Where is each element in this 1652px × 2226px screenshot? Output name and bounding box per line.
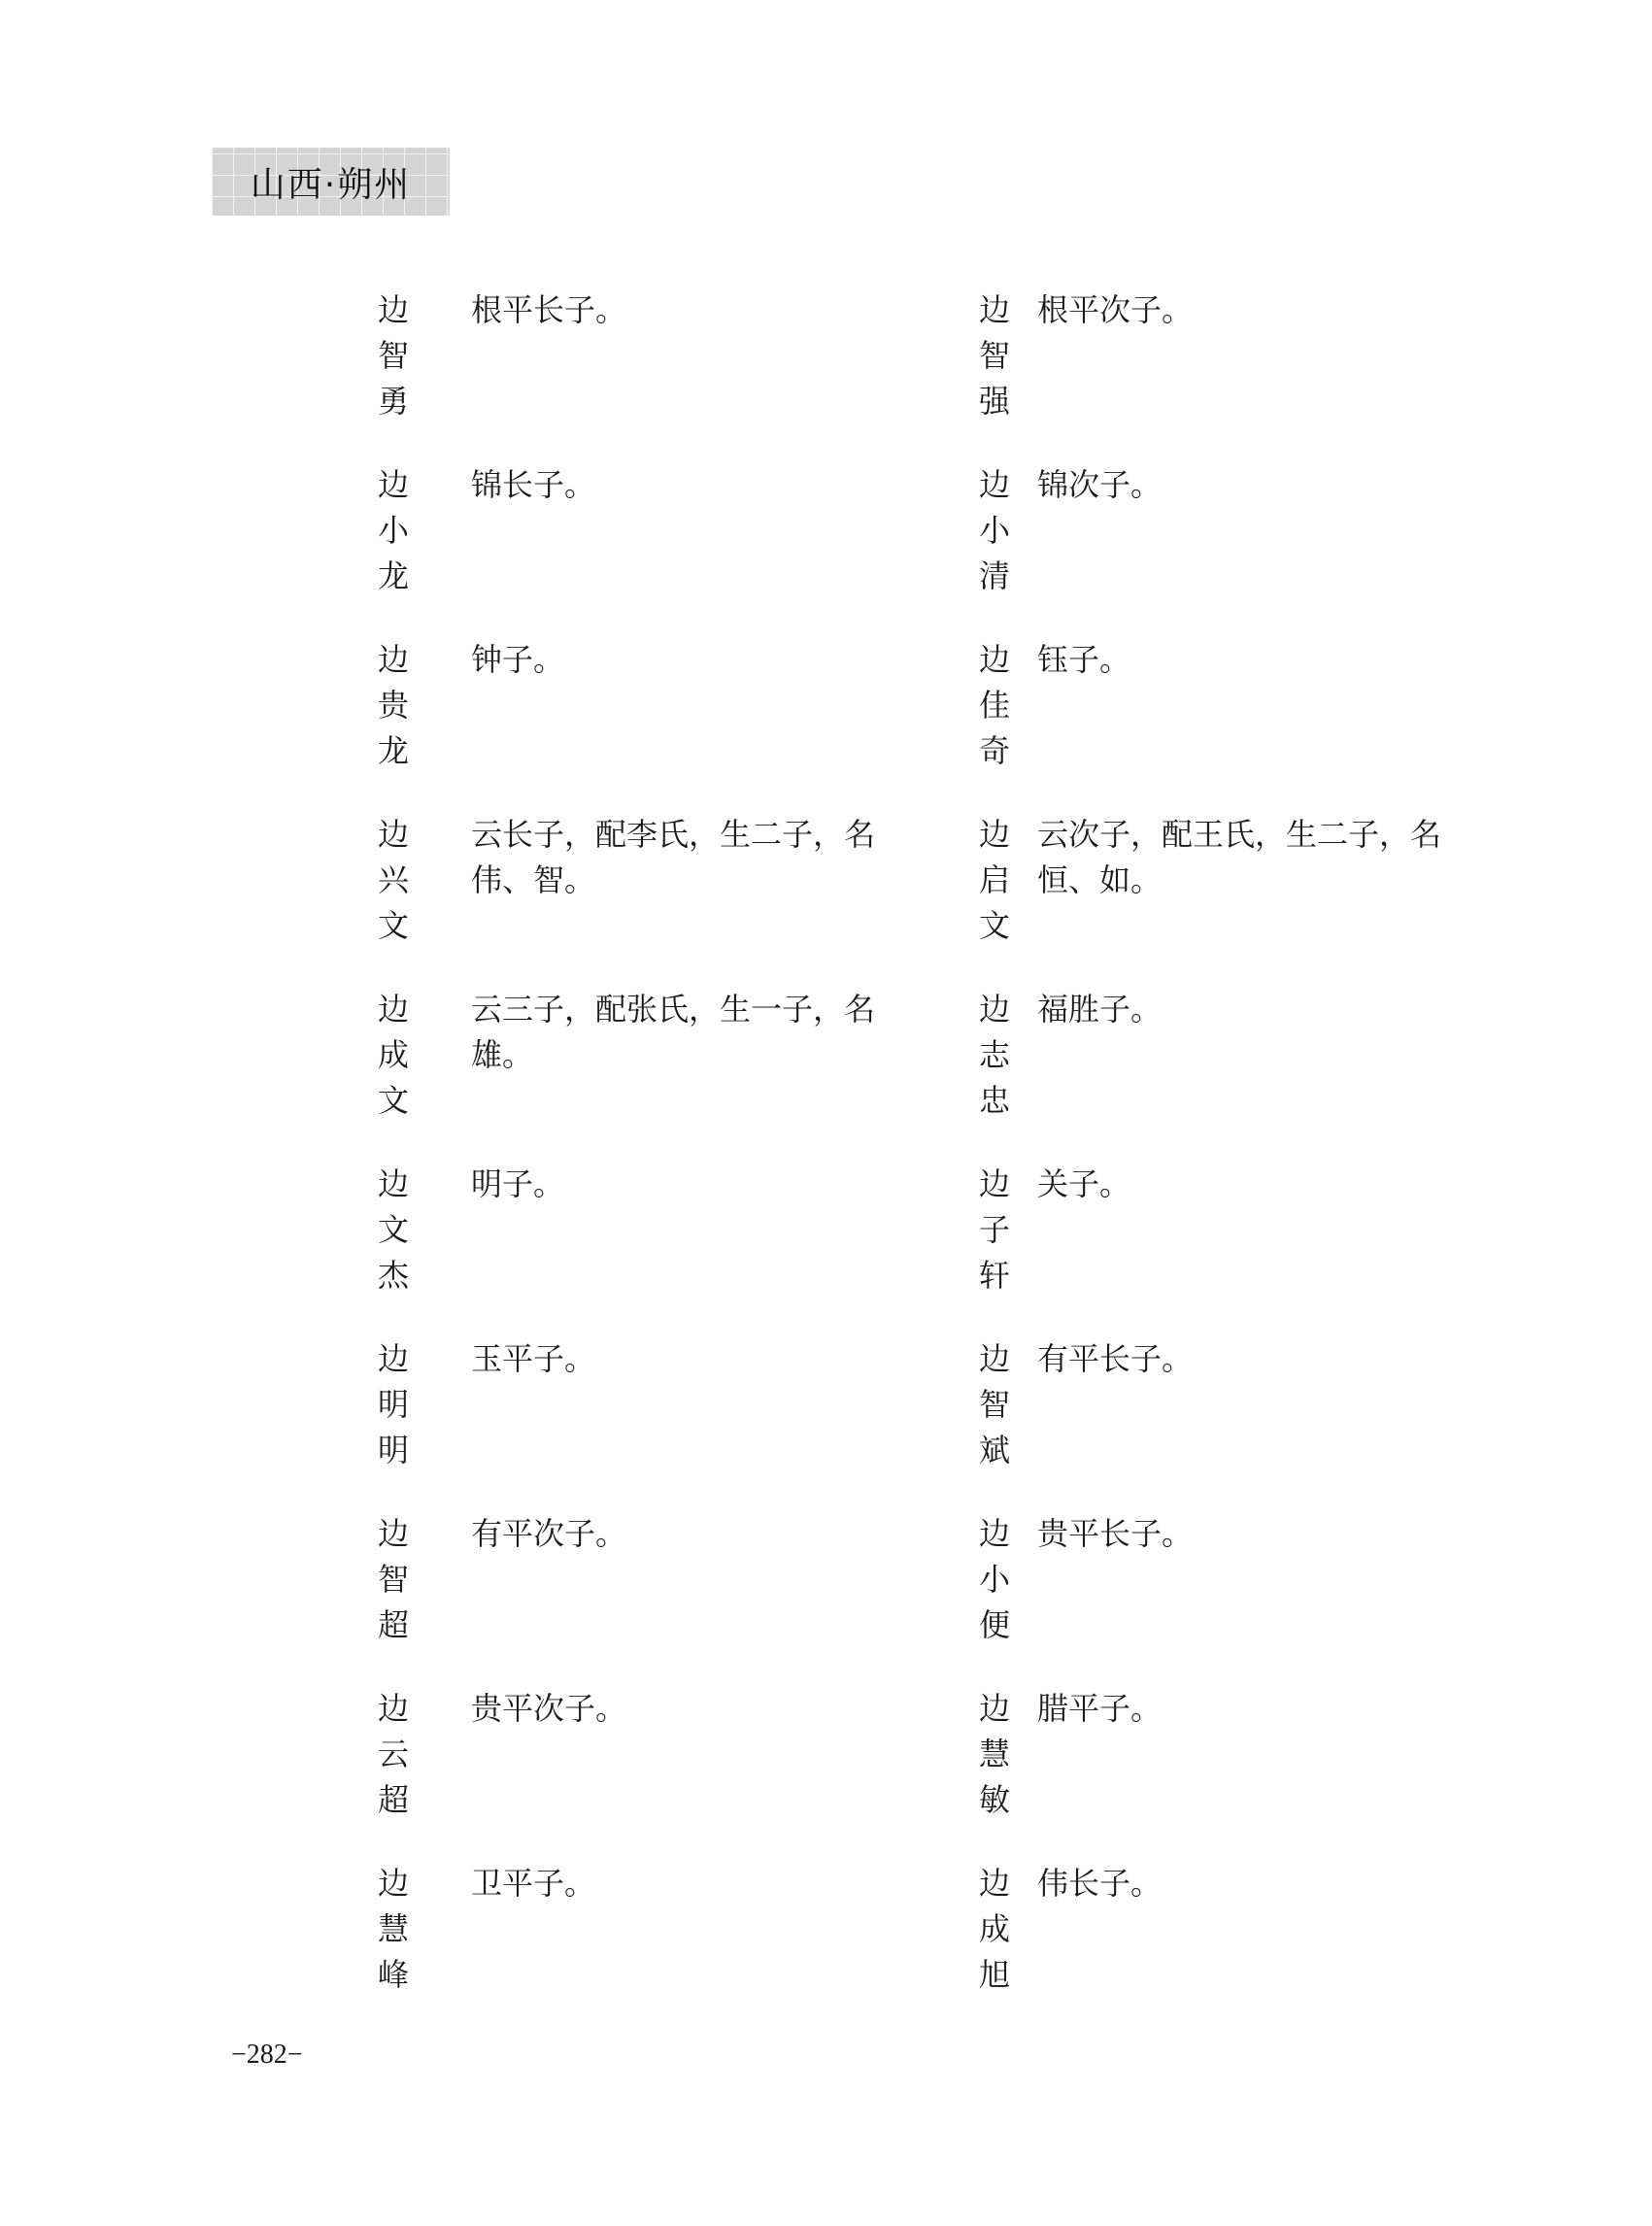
name-character: 边 xyxy=(978,1861,1011,1906)
name-character: 志 xyxy=(978,1032,1011,1078)
person-name: 边云超 xyxy=(377,1686,410,1823)
genealogy-entry: 边贵龙钟子。 xyxy=(377,637,882,793)
description-line: 云三子，配张氏，生一子，名 xyxy=(471,987,875,1032)
description-line: 贵平长子。 xyxy=(1037,1511,1193,1557)
name-character: 旭 xyxy=(978,1952,1011,1998)
name-character: 边 xyxy=(377,812,410,858)
name-character: 边 xyxy=(377,1686,410,1732)
genealogy-entry: 边子轩关子。 xyxy=(978,1162,1483,1317)
name-character: 轩 xyxy=(978,1253,1011,1298)
person-description: 锦长子。 xyxy=(471,462,595,508)
name-character: 慧 xyxy=(377,1906,410,1952)
description-line: 腊平子。 xyxy=(1037,1686,1162,1732)
name-character: 边 xyxy=(377,287,410,333)
person-name: 边文杰 xyxy=(377,1162,410,1298)
genealogy-entry: 边云超贵平次子。 xyxy=(377,1686,882,1841)
person-name: 边智斌 xyxy=(978,1336,1011,1473)
name-character: 智 xyxy=(377,1557,410,1602)
name-character: 文 xyxy=(377,903,410,949)
person-name: 边慧敏 xyxy=(978,1686,1011,1823)
name-character: 文 xyxy=(377,1207,410,1253)
description-line: 根平次子。 xyxy=(1037,287,1193,333)
genealogy-entry: 边佳奇钰子。 xyxy=(978,637,1483,793)
name-character: 佳 xyxy=(978,683,1011,728)
name-character: 边 xyxy=(377,1861,410,1906)
person-name: 边成文 xyxy=(377,987,410,1124)
person-name: 边智超 xyxy=(377,1511,410,1648)
genealogy-entry: 边志忠福胜子。 xyxy=(978,987,1483,1142)
name-character: 文 xyxy=(978,903,1011,949)
name-character: 子 xyxy=(978,1207,1011,1253)
name-character: 清 xyxy=(978,554,1011,599)
name-character: 贵 xyxy=(377,683,410,728)
person-description: 云次子，配王氏，生二子，名恒、如。 xyxy=(1037,812,1441,903)
person-description: 卫平子。 xyxy=(471,1861,595,1906)
name-character: 成 xyxy=(978,1906,1011,1952)
name-character: 勇 xyxy=(377,379,410,424)
genealogy-entry: 边小便贵平长子。 xyxy=(978,1511,1483,1667)
name-character: 超 xyxy=(377,1602,410,1648)
name-character: 边 xyxy=(377,1162,410,1207)
genealogy-entry: 边慧敏腊平子。 xyxy=(978,1686,1483,1841)
name-character: 文 xyxy=(377,1078,410,1124)
person-name: 边小清 xyxy=(978,462,1011,599)
person-description: 有平长子。 xyxy=(1037,1336,1193,1382)
name-character: 龙 xyxy=(377,554,410,599)
description-line: 有平次子。 xyxy=(471,1511,626,1557)
person-name: 边成旭 xyxy=(978,1861,1011,1998)
description-line: 贵平次子。 xyxy=(471,1686,626,1732)
person-description: 贵平次子。 xyxy=(471,1686,626,1732)
genealogy-entry: 边启文云次子，配王氏，生二子，名恒、如。 xyxy=(978,812,1483,967)
person-name: 边子轩 xyxy=(978,1162,1011,1298)
genealogy-entry: 边文杰明子。 xyxy=(377,1162,882,1317)
description-line: 根平长子。 xyxy=(471,287,626,333)
description-line: 钰子。 xyxy=(1037,637,1130,683)
name-character: 小 xyxy=(377,508,410,554)
name-character: 智 xyxy=(978,1382,1011,1428)
person-description: 关子。 xyxy=(1037,1162,1130,1207)
person-name: 边慧峰 xyxy=(377,1861,410,1998)
name-character: 便 xyxy=(978,1602,1011,1648)
name-character: 龙 xyxy=(377,728,410,774)
person-description: 贵平长子。 xyxy=(1037,1511,1193,1557)
name-character: 小 xyxy=(978,1557,1011,1602)
person-name: 边佳奇 xyxy=(978,637,1011,774)
description-line: 钟子。 xyxy=(471,637,564,683)
genealogy-entry: 边慧峰卫平子。 xyxy=(377,1861,882,2016)
description-line: 有平长子。 xyxy=(1037,1336,1193,1382)
person-name: 边明明 xyxy=(377,1336,410,1473)
name-character: 兴 xyxy=(377,858,410,903)
name-character: 峰 xyxy=(377,1952,410,1998)
section-header: 山西·朔州 xyxy=(212,148,450,216)
name-character: 启 xyxy=(978,858,1011,903)
person-description: 伟长子。 xyxy=(1037,1861,1162,1906)
description-line: 伟、智。 xyxy=(471,858,875,903)
person-name: 边智强 xyxy=(978,287,1011,424)
name-character: 云 xyxy=(377,1732,410,1777)
genealogy-entry: 边兴文云长子，配李氏，生二子，名伟、智。 xyxy=(377,812,882,967)
name-character: 超 xyxy=(377,1777,410,1823)
genealogy-entry: 边小清锦次子。 xyxy=(978,462,1483,618)
name-character: 明 xyxy=(377,1428,410,1473)
name-character: 强 xyxy=(978,379,1011,424)
person-description: 有平次子。 xyxy=(471,1511,626,1557)
name-character: 边 xyxy=(978,987,1011,1032)
person-description: 明子。 xyxy=(471,1162,564,1207)
name-character: 边 xyxy=(377,1336,410,1382)
person-name: 边小便 xyxy=(978,1511,1011,1648)
name-character: 边 xyxy=(377,1511,410,1557)
name-character: 成 xyxy=(377,1032,410,1078)
description-line: 福胜子。 xyxy=(1037,987,1162,1032)
person-name: 边贵龙 xyxy=(377,637,410,774)
name-character: 边 xyxy=(377,987,410,1032)
person-description: 腊平子。 xyxy=(1037,1686,1162,1732)
description-line: 锦长子。 xyxy=(471,462,595,508)
name-character: 边 xyxy=(377,637,410,683)
name-character: 边 xyxy=(978,637,1011,683)
name-character: 边 xyxy=(377,462,410,508)
name-character: 边 xyxy=(978,462,1011,508)
person-description: 锦次子。 xyxy=(1037,462,1162,508)
genealogy-entry: 边智强根平次子。 xyxy=(978,287,1483,443)
name-character: 敏 xyxy=(978,1777,1011,1823)
person-name: 边兴文 xyxy=(377,812,410,949)
description-line: 玉平子。 xyxy=(471,1336,595,1382)
person-description: 云三子，配张氏，生一子，名雄。 xyxy=(471,987,875,1078)
name-character: 智 xyxy=(978,333,1011,379)
person-description: 玉平子。 xyxy=(471,1336,595,1382)
genealogy-entry: 边明明玉平子。 xyxy=(377,1336,882,1492)
description-line: 云次子，配王氏，生二子，名 xyxy=(1037,812,1441,858)
description-line: 恒、如。 xyxy=(1037,858,1441,903)
genealogy-entry: 边智勇根平长子。 xyxy=(377,287,882,443)
name-character: 慧 xyxy=(978,1732,1011,1777)
person-name: 边启文 xyxy=(978,812,1011,949)
person-description: 钰子。 xyxy=(1037,637,1130,683)
genealogy-entry: 边小龙锦长子。 xyxy=(377,462,882,618)
person-name: 边志忠 xyxy=(978,987,1011,1124)
name-character: 忠 xyxy=(978,1078,1011,1124)
name-character: 边 xyxy=(978,1686,1011,1732)
page-number: −282− xyxy=(231,2040,303,2071)
genealogy-entry: 边智超有平次子。 xyxy=(377,1511,882,1667)
description-line: 伟长子。 xyxy=(1037,1861,1162,1906)
description-line: 锦次子。 xyxy=(1037,462,1162,508)
description-line: 卫平子。 xyxy=(471,1861,595,1906)
person-description: 根平次子。 xyxy=(1037,287,1193,333)
name-character: 边 xyxy=(978,1511,1011,1557)
person-description: 云长子，配李氏，生二子，名伟、智。 xyxy=(471,812,875,903)
header-title: 山西·朔州 xyxy=(251,157,411,207)
description-line: 关子。 xyxy=(1037,1162,1130,1207)
name-character: 奇 xyxy=(978,728,1011,774)
person-name: 边小龙 xyxy=(377,462,410,599)
person-name: 边智勇 xyxy=(377,287,410,424)
genealogy-entry: 边成文云三子，配张氏，生一子，名雄。 xyxy=(377,987,882,1142)
name-character: 明 xyxy=(377,1382,410,1428)
name-character: 边 xyxy=(978,1162,1011,1207)
name-character: 边 xyxy=(978,1336,1011,1382)
person-description: 福胜子。 xyxy=(1037,987,1162,1032)
description-line: 雄。 xyxy=(471,1032,875,1078)
name-character: 斌 xyxy=(978,1428,1011,1473)
person-description: 根平长子。 xyxy=(471,287,626,333)
name-character: 边 xyxy=(978,287,1011,333)
genealogy-entry: 边成旭伟长子。 xyxy=(978,1861,1483,2016)
description-line: 云长子，配李氏，生二子，名 xyxy=(471,812,875,858)
name-character: 杰 xyxy=(377,1253,410,1298)
description-line: 明子。 xyxy=(471,1162,564,1207)
person-description: 钟子。 xyxy=(471,637,564,683)
name-character: 小 xyxy=(978,508,1011,554)
name-character: 智 xyxy=(377,333,410,379)
genealogy-entry: 边智斌有平长子。 xyxy=(978,1336,1483,1492)
name-character: 边 xyxy=(978,812,1011,858)
